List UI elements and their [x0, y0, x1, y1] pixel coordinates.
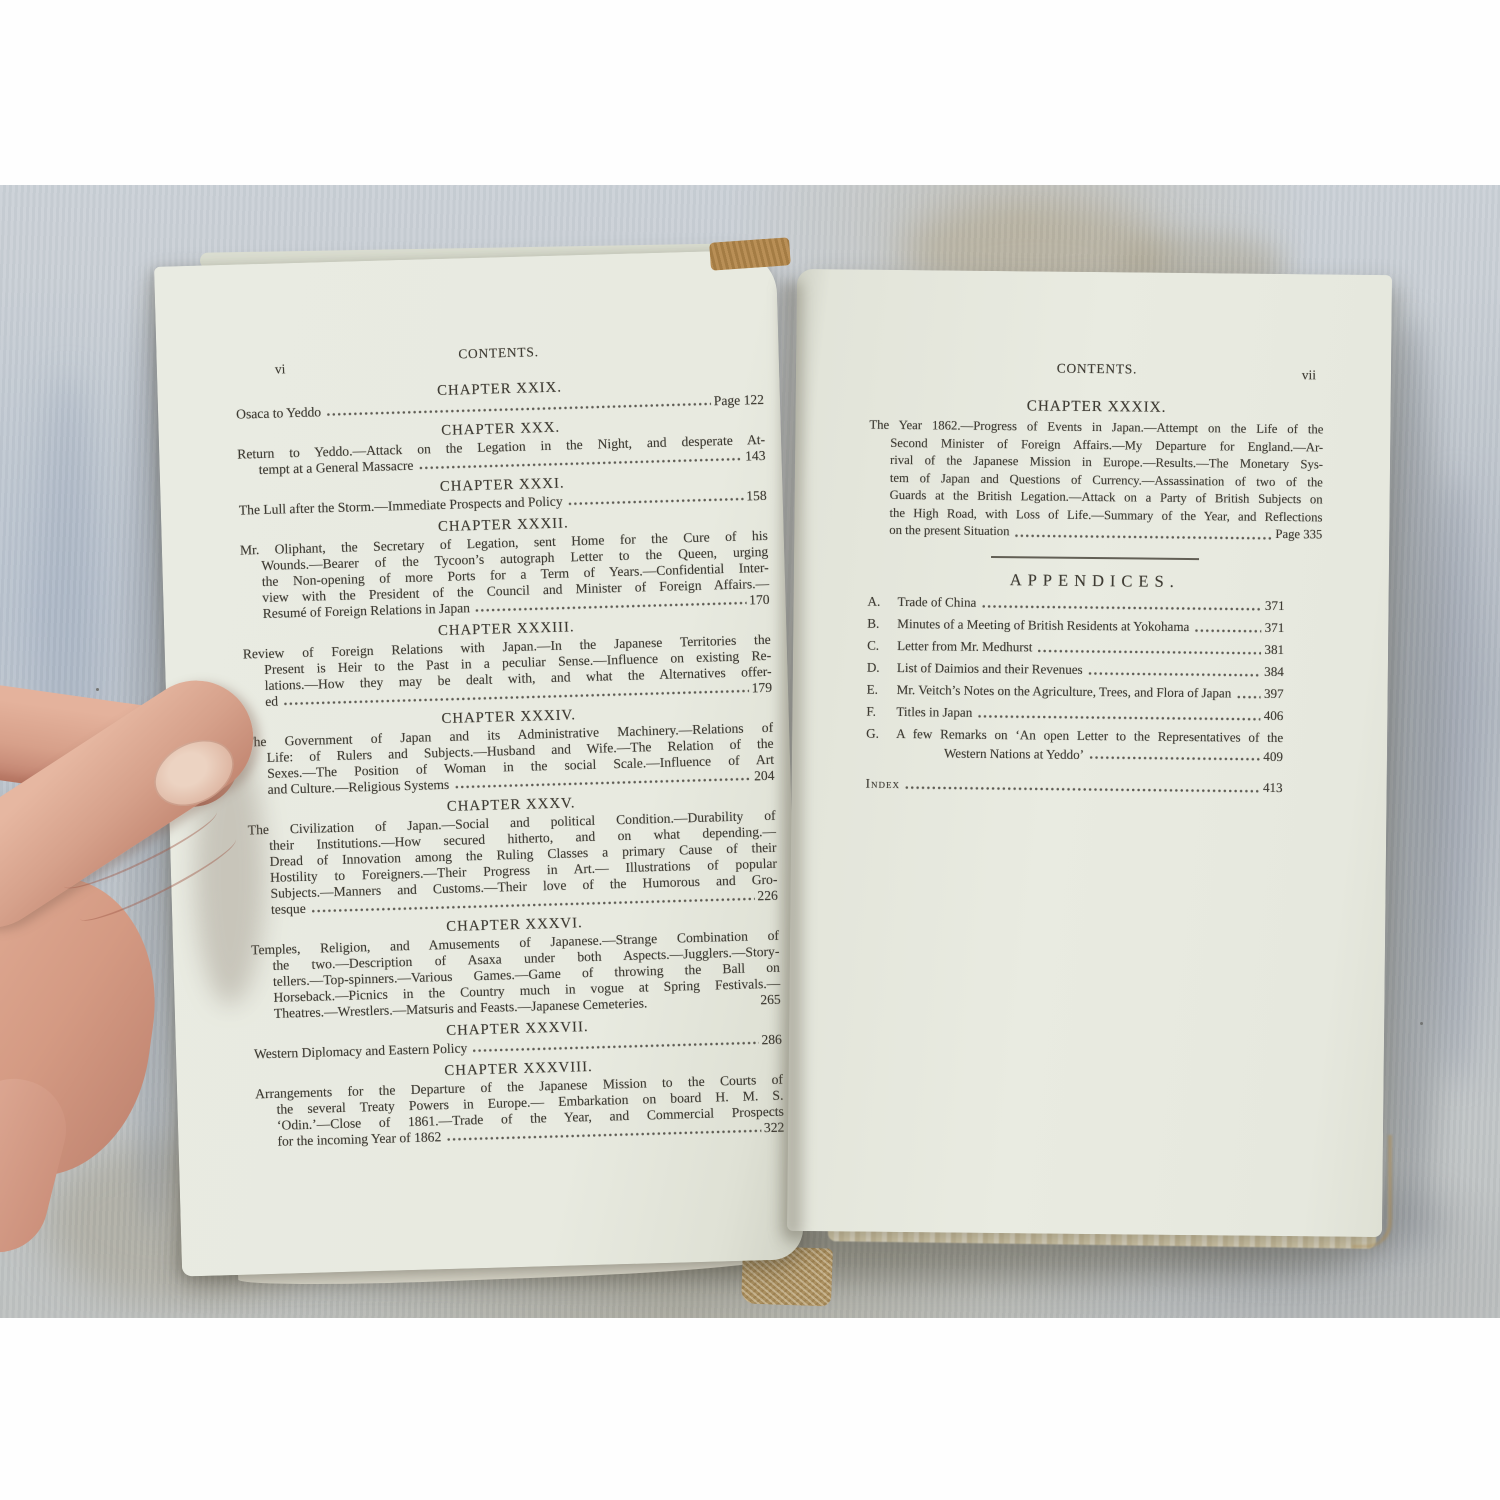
dot-leader	[905, 784, 1260, 795]
dot-leader	[981, 602, 1262, 612]
appendix-page-number: 397	[1264, 685, 1284, 703]
right-folio: vii	[1302, 366, 1316, 384]
toc-line-text: for the incoming Year of 1862	[277, 1129, 441, 1150]
dot-leader	[1089, 754, 1260, 763]
index-label: Index	[866, 775, 901, 793]
toc-page-number: 286	[761, 1032, 782, 1049]
appendix-list: A.Trade of China371B.Minutes of a Meetin…	[866, 593, 1322, 766]
appendix-row: C.Letter from Mr. Medhurst381	[867, 637, 1321, 659]
appendix-label: G.	[866, 725, 896, 743]
toc-line-text: tempt at a General Massacre	[259, 458, 414, 478]
chapter-heading: CHAPTER XXXIX.	[870, 395, 1324, 417]
dot-leader	[472, 1039, 758, 1054]
dot-leader	[418, 456, 742, 472]
section-divider-rule	[991, 555, 1199, 559]
dot-leader	[1014, 532, 1272, 542]
right-running-head-row: CONTENTS. vii	[870, 358, 1324, 380]
toc-page-number: Page 335	[1275, 526, 1322, 544]
appendix-row: A.Trade of China371	[867, 593, 1321, 615]
left-running-head-row: vi CONTENTS.	[234, 338, 762, 369]
appendix-row: E.Mr. Veitch’s Notes on the Agriculture,…	[867, 681, 1321, 703]
index-row: Index 413	[866, 775, 1320, 797]
appendix-page-number: 381	[1264, 641, 1284, 659]
toc-line-text: on the present Situation	[889, 522, 1009, 541]
spine-headband	[709, 237, 791, 271]
dot-leader	[1236, 693, 1261, 700]
left-folio: vi	[275, 361, 286, 377]
fabric-speck	[96, 688, 99, 691]
appendix-row-continuation: Western Nations at Yeddo’409	[866, 743, 1320, 765]
appendix-text: List of Daimios and their Revenues	[897, 659, 1083, 678]
toc-line-text: tesque	[271, 901, 306, 918]
photo-frame: vi CONTENTS. CHAPTER XXIX.Osaca to Yeddo…	[0, 0, 1500, 1500]
appendix-page-number: 371	[1265, 619, 1285, 637]
dot-leader	[1037, 647, 1261, 656]
left-page-toc: CHAPTER XXIX.Osaca to YeddoPage 122CHAPT…	[235, 374, 784, 1150]
toc-page-number: 179	[751, 680, 772, 697]
appendix-text: Trade of China	[897, 593, 976, 611]
appendix-text: Mr. Veitch’s Notes on the Agriculture, T…	[897, 681, 1232, 702]
right-running-head: CONTENTS.	[1057, 361, 1138, 377]
appendix-text: Letter from Mr. Medhurst	[897, 637, 1032, 656]
toc-line-text: Osaca to Yeddo	[236, 404, 321, 422]
dot-leader	[652, 999, 757, 1009]
page-corner-wear	[1352, 1135, 1392, 1248]
appendix-text: Titles in Japan	[896, 703, 972, 721]
toc-line-text: ed	[265, 694, 278, 710]
toc-page-number: Page 122	[714, 392, 765, 409]
index-page-number: 413	[1263, 779, 1283, 797]
appendix-label: C.	[867, 637, 897, 655]
appendix-page-number: 409	[1263, 747, 1283, 765]
appendix-row: B.Minutes of a Meeting of British Reside…	[867, 615, 1321, 637]
appendix-label: B.	[867, 615, 897, 633]
left-page: vi CONTENTS. CHAPTER XXIX.Osaca to Yeddo…	[154, 250, 804, 1277]
left-running-head: CONTENTS.	[458, 344, 539, 361]
dot-leader	[977, 712, 1261, 722]
dot-leader	[1194, 627, 1261, 635]
right-page-toc: CHAPTER XXXIX.The Year 1862.—Progress of…	[868, 395, 1323, 544]
appendix-label: A.	[867, 593, 897, 611]
appendix-page-number: 384	[1264, 663, 1284, 681]
appendix-text: Western Nations at Yeddo’	[944, 744, 1084, 763]
toc-page-number: 170	[749, 592, 770, 609]
appendix-label: E.	[867, 681, 897, 699]
fabric-background: vi CONTENTS. CHAPTER XXIX.Osaca to Yeddo…	[0, 185, 1500, 1318]
dot-leader	[454, 775, 751, 790]
appendix-label: F.	[866, 703, 896, 721]
appendix-page-number: 371	[1265, 597, 1285, 615]
dot-leader	[475, 599, 746, 614]
appendix-label: D.	[867, 659, 897, 677]
dot-leader	[568, 496, 744, 508]
dot-leader	[1088, 669, 1262, 678]
appendix-row: F.Titles in Japan406	[866, 703, 1320, 725]
toc-page-number: 158	[746, 488, 767, 505]
right-page: CONTENTS. vii CHAPTER XXXIX.The Year 186…	[787, 269, 1392, 1237]
dot-leader	[326, 400, 711, 418]
toc-page-number: 143	[745, 448, 766, 465]
dot-leader	[446, 1127, 761, 1143]
toc-page-number: 226	[757, 888, 778, 905]
toc-page-number: 265	[760, 992, 781, 1009]
toc-line-text: Western Diplomacy and Eastern Policy	[254, 1040, 468, 1062]
appendices-title: APPENDICES.	[868, 569, 1322, 591]
appendix-page-number: 406	[1264, 707, 1284, 725]
gutter-shadow	[782, 280, 802, 1240]
appendix-text: Minutes of a Meeting of British Resident…	[897, 615, 1189, 636]
appendix-row: D.List of Daimios and their Revenues384	[867, 659, 1321, 681]
toc-page-number: 204	[754, 768, 775, 785]
